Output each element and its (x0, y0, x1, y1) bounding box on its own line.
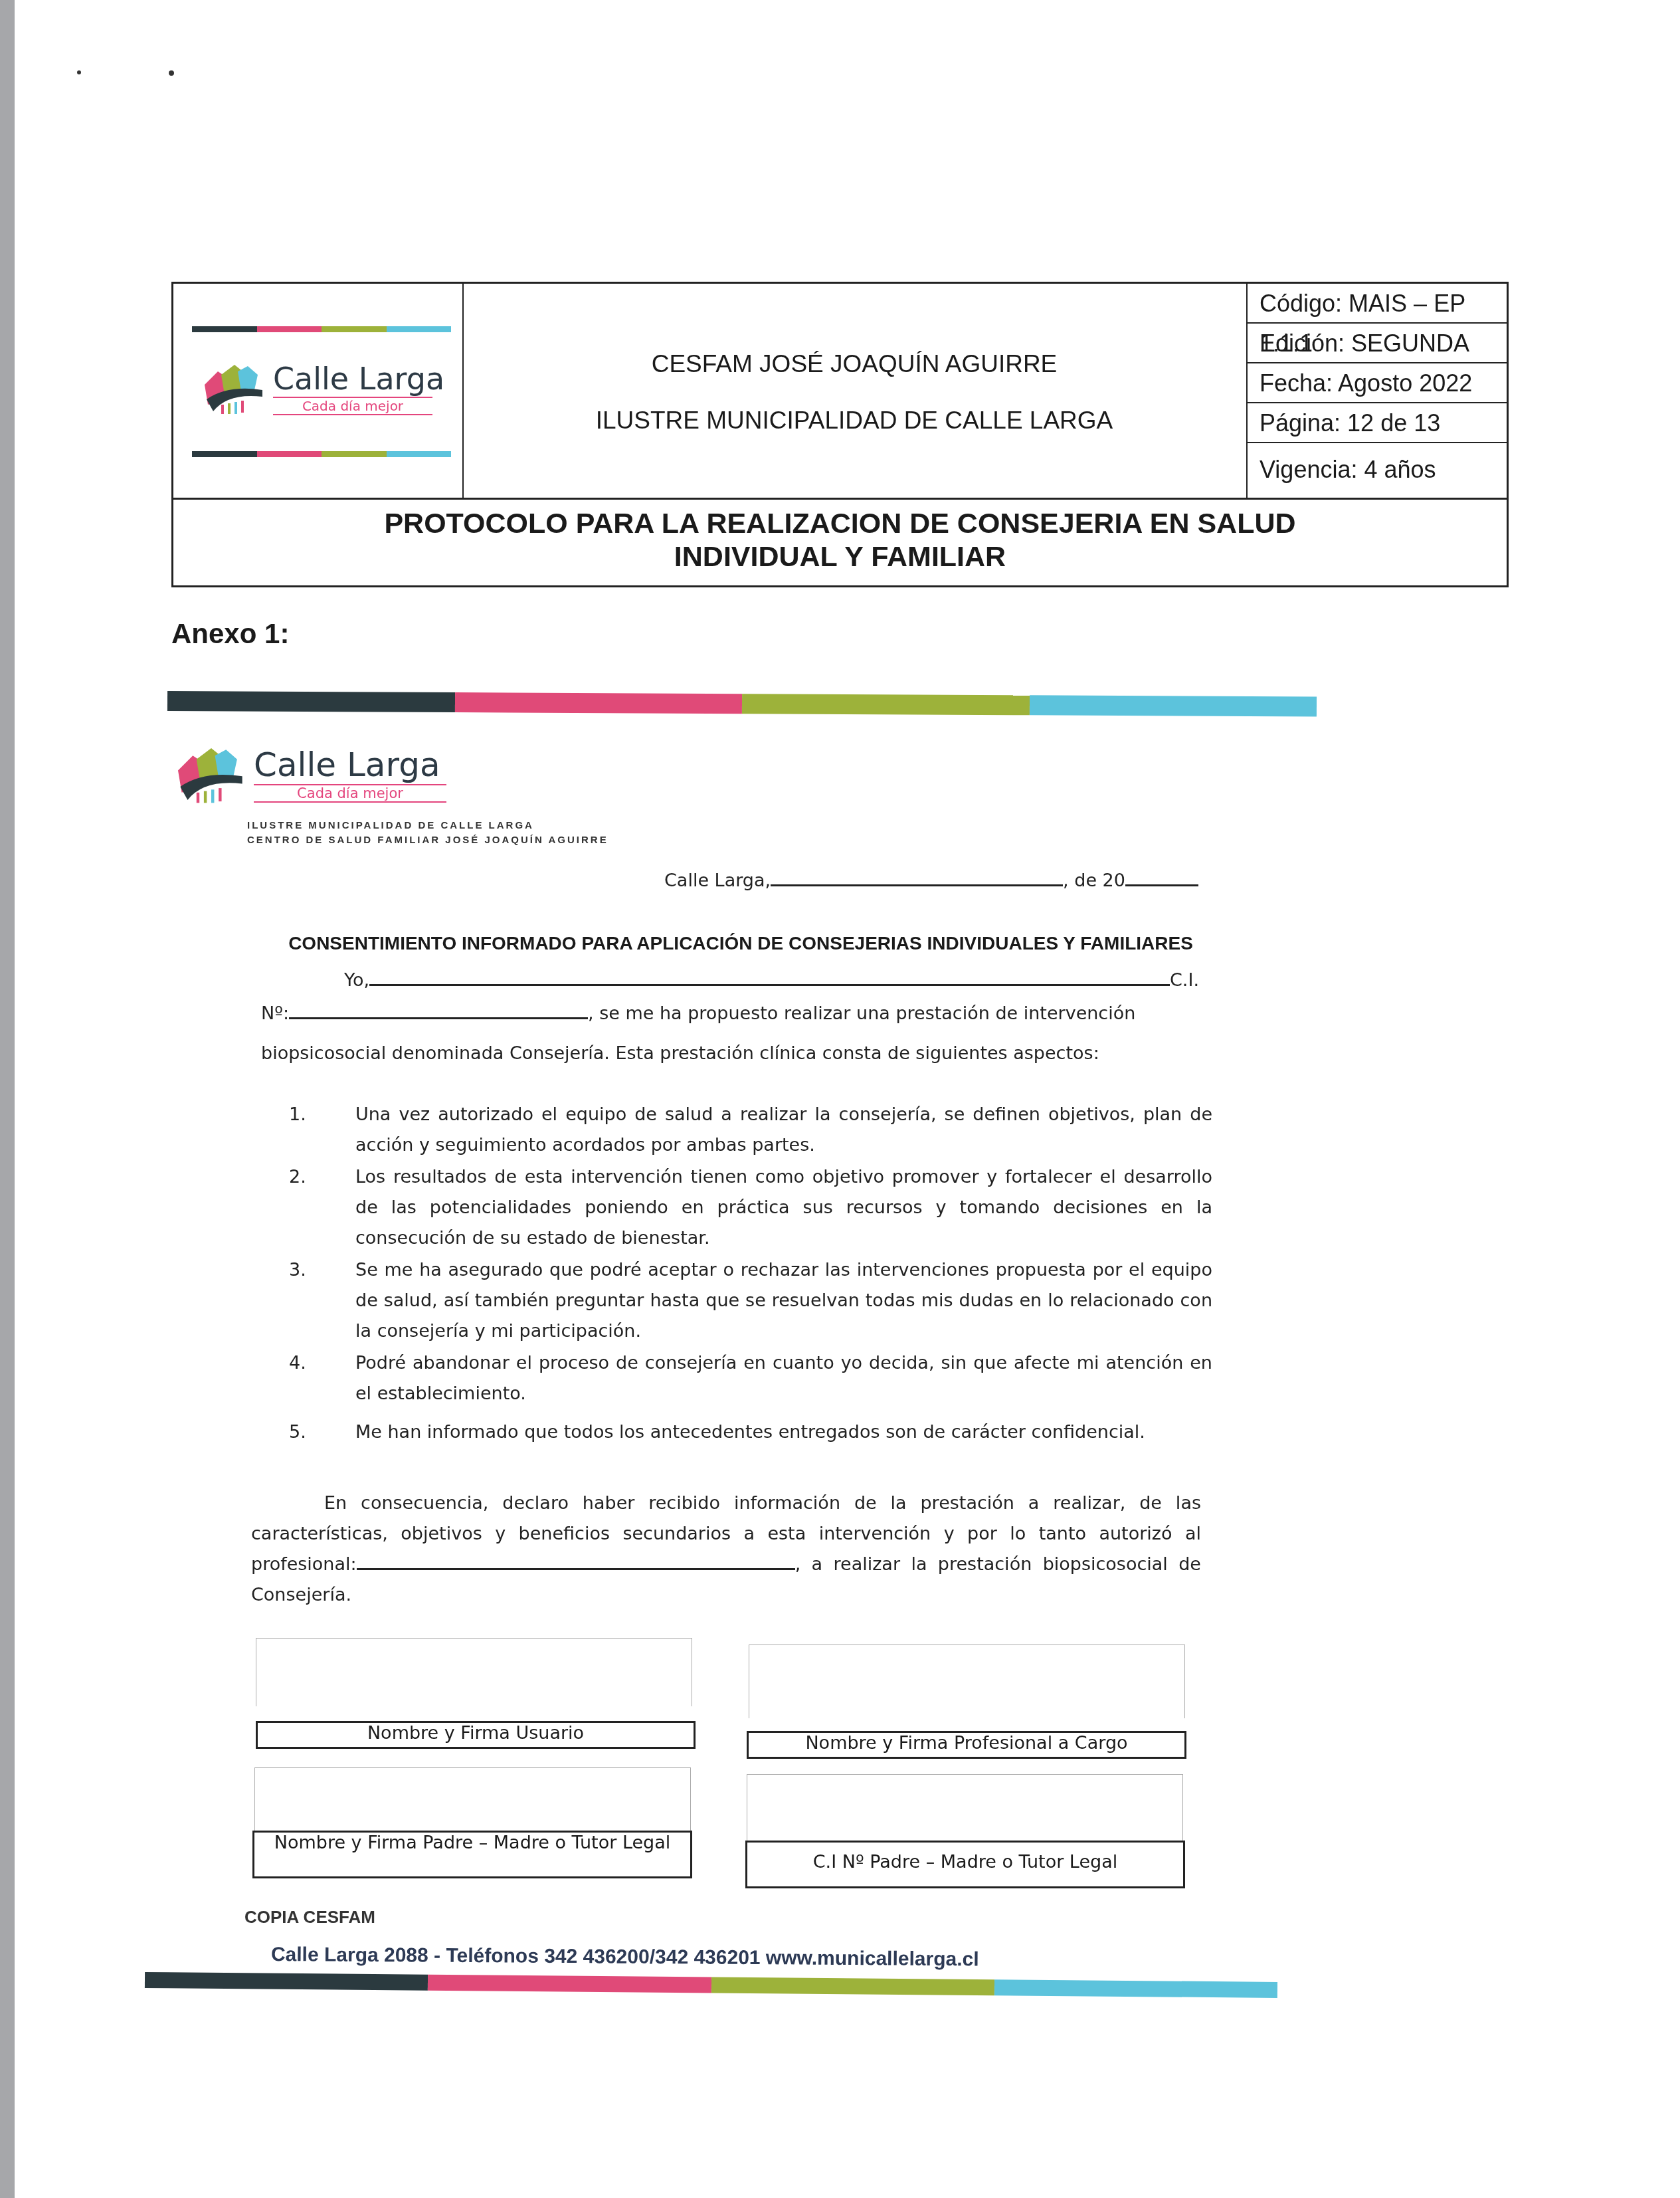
patient-name-field[interactable] (369, 984, 1170, 986)
brand-stripe (192, 451, 451, 457)
signature-area-user[interactable] (256, 1638, 692, 1706)
scan-edge (0, 0, 15, 2198)
ci-number-line: Nº:, se me ha propuesto realizar una pre… (261, 1003, 1204, 1024)
list-item: 3.Se me ha asegurado que podré aceptar o… (282, 1255, 1212, 1347)
list-item-number: 3. (289, 1255, 306, 1286)
ci-area-guardian[interactable] (747, 1774, 1183, 1841)
header-meta-cell: Código: MAIS – EP 1.1.1 Edición: SEGUNDA… (1246, 284, 1507, 498)
header-institution-cell: CESFAM JOSÉ JOAQUÍN AGUIRRE ILUSTRE MUNI… (462, 284, 1248, 498)
document-title-line2: INDIVIDUAL Y FAMILIAR (173, 540, 1507, 573)
meta-date: Fecha: Agosto 2022 (1246, 363, 1507, 403)
meta-code: Código: MAIS – EP 1.1.1 (1246, 284, 1507, 324)
professional-name-field[interactable] (357, 1568, 795, 1570)
list-item-text: Los resultados de esta intervención tien… (355, 1167, 1212, 1249)
list-item-number: 2. (289, 1162, 306, 1193)
list-item-number: 5. (289, 1417, 306, 1448)
signature-label-professional: Nombre y Firma Profesional a Cargo (747, 1731, 1186, 1759)
list-item: 5.Me han informado que todos los anteced… (282, 1417, 1212, 1448)
form-logo-name: Calle Larga (254, 746, 446, 784)
place-date-line: Calle Larga,, de 20 (664, 870, 1198, 891)
list-item: 1.Una vez autorizado el equipo de salud … (282, 1100, 1212, 1161)
yo-line: Yo,C.I. (344, 970, 1199, 991)
brand-stripe (192, 326, 451, 332)
list-item-number: 1. (289, 1100, 306, 1130)
nro-label: Nº: (261, 1003, 289, 1024)
list-item-text: Una vez autorizado el equipo de salud a … (355, 1104, 1212, 1155)
closing-text-2: , a realizar la prestación biopsicosocia… (251, 1554, 1201, 1605)
list-item-text: Me han informado que todos los anteceden… (355, 1422, 1145, 1443)
meta-page: Página: 12 de 13 (1246, 403, 1507, 443)
institution-cesfam: CESFAM JOSÉ JOAQUÍN AGUIRRE (462, 350, 1246, 378)
calle-larga-logo-icon (201, 358, 268, 418)
scan-speck (77, 70, 81, 74)
consent-title: CONSENTIMIENTO INFORMADO PARA APLICACIÓN… (266, 934, 1216, 953)
document-title-line1: PROTOCOLO PARA LA REALIZACION DE CONSEJE… (173, 507, 1507, 540)
footer-address: Calle Larga 2088 - Teléfonos 342 436200/… (271, 1944, 979, 1971)
yo-prefix: Yo, (344, 970, 369, 991)
issuer-health-center: CENTRO DE SALUD FAMILIAR JOSÉ JOAQUÍN AG… (247, 833, 608, 848)
list-item-number: 4. (289, 1348, 306, 1379)
issuer-municipality: ILUSTRE MUNICIPALIDAD DE CALLE LARGA (247, 819, 608, 833)
calle-larga-logo: Calle Larga Cada día mejor (201, 358, 444, 418)
intro-text-1: , se me ha propuesto realizar una presta… (588, 1003, 1135, 1024)
ci-label-guardian: C.I Nº Padre – Madre o Tutor Legal (745, 1841, 1185, 1888)
signature-area-guardian[interactable] (254, 1767, 691, 1831)
document-title: PROTOCOLO PARA LA REALIZACION DE CONSEJE… (173, 498, 1507, 585)
document-header-table: Calle Larga Cada día mejor CESFAM JOSÉ J… (171, 282, 1509, 587)
signature-label-guardian: Nombre y Firma Padre – Madre o Tutor Leg… (252, 1831, 692, 1878)
form-logo-tagline: Cada día mejor (254, 784, 446, 803)
logo-tagline: Cada día mejor (273, 397, 432, 415)
header-logo-cell: Calle Larga Cada día mejor (173, 284, 464, 498)
list-item-text: Podré abandonar el proceso de consejería… (355, 1353, 1212, 1404)
date-mid: , de 20 (1063, 870, 1125, 891)
meta-validity: Vigencia: 4 años (1246, 443, 1507, 496)
signature-area-professional[interactable] (749, 1645, 1185, 1718)
letterhead-top-stripe (167, 691, 1317, 716)
aspects-list: 1.Una vez autorizado el equipo de salud … (282, 1100, 1212, 1449)
institution-municipality: ILUSTRE MUNICIPALIDAD DE CALLE LARGA (462, 407, 1246, 435)
place-prefix: Calle Larga, (664, 870, 771, 891)
ci-number-field[interactable] (289, 1017, 588, 1019)
signature-label-user: Nombre y Firma Usuario (256, 1721, 696, 1749)
scan-speck (169, 70, 174, 76)
intro-text-2: biopsicosocial denominada Consejería. Es… (261, 1043, 1099, 1064)
letterhead-bottom-stripe (145, 1972, 1277, 1998)
list-item: 2.Los resultados de esta intervención ti… (282, 1162, 1212, 1254)
copy-note: COPIA CESFAM (244, 1907, 375, 1928)
annex-label: Anexo 1: (171, 618, 289, 650)
issuer-lines: ILUSTRE MUNICIPALIDAD DE CALLE LARGA CEN… (247, 819, 608, 848)
list-item-text: Se me ha asegurado que podré aceptar o r… (355, 1260, 1212, 1342)
calle-larga-logo-icon (171, 741, 251, 807)
list-item: 4.Podré abandonar el proceso de consejer… (282, 1348, 1212, 1409)
form-calle-larga-logo: Calle Larga Cada día mejor (171, 741, 446, 807)
meta-edition: Edición: SEGUNDA (1246, 324, 1507, 363)
ci-label: C.I. (1170, 970, 1199, 991)
closing-paragraph: En consecuencia, declaro haber recibido … (251, 1488, 1201, 1611)
date-day-month-field[interactable] (771, 884, 1063, 886)
logo-name: Calle Larga (273, 361, 444, 397)
date-year-field[interactable] (1125, 884, 1198, 886)
